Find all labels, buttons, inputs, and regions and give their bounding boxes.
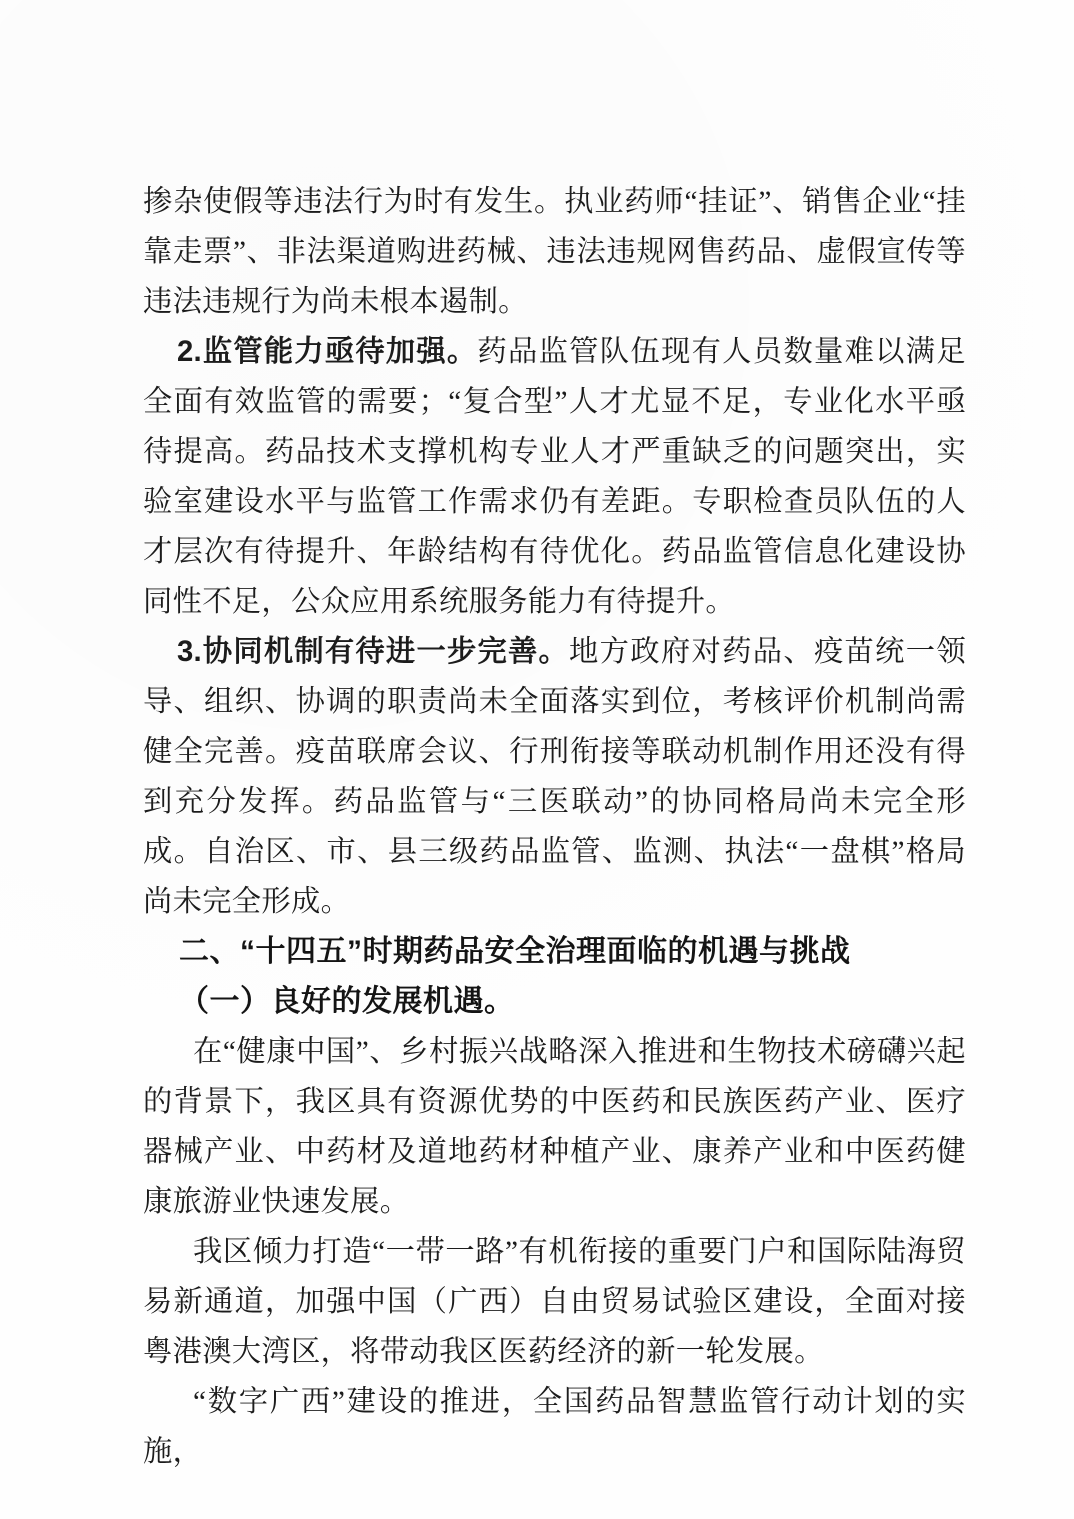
paragraph-text: 在“健康中国”、乡村振兴战略深入推进和生物技术磅礴兴起的背景下，我区具有资源优势…	[143, 1036, 966, 1218]
paragraph: 3.协同机制有待进一步完善。地方政府对药品、疫苗统一领导、组织、协调的职责尚未全…	[143, 627, 966, 927]
paragraph: 2.监管能力亟待加强。药品监管队伍现有人员数量难以满足全面有效监管的需要；“复合…	[143, 327, 966, 627]
paragraph: “数字广西”建设的推进，全国药品智慧监管行动计划的实施，	[143, 1377, 966, 1477]
page-number: 5	[0, 1347, 1074, 1371]
paragraph-text: 地方政府对药品、疫苗统一领导、组织、协调的职责尚未全面落实到位，考核评价机制尚需…	[143, 636, 966, 918]
paragraph: 掺杂使假等违法行为时有发生。执业药师“挂证”、销售企业“挂靠走票”、非法渠道购进…	[143, 177, 966, 327]
paragraph-lead: 2.监管能力亟待加强。	[177, 335, 477, 368]
paragraph-text: 药品监管队伍现有人员数量难以满足全面有效监管的需要；“复合型”人才尤显不足，专业…	[143, 336, 966, 618]
subsection-heading: （一）良好的发展机遇。	[143, 977, 966, 1027]
document-page: 掺杂使假等违法行为时有发生。执业药师“挂证”、销售企业“挂靠走票”、非法渠道购进…	[0, 0, 1074, 1519]
paragraph-text: “数字广西”建设的推进，全国药品智慧监管行动计划的实施，	[143, 1386, 966, 1468]
paragraph-lead: 3.协同机制有待进一步完善。	[177, 635, 569, 668]
paragraph-text: 掺杂使假等违法行为时有发生。执业药师“挂证”、销售企业“挂靠走票”、非法渠道购进…	[143, 186, 966, 318]
text-block: 掺杂使假等违法行为时有发生。执业药师“挂证”、销售企业“挂靠走票”、非法渠道购进…	[143, 177, 966, 1477]
section-heading: 二、“十四五”时期药品安全治理面临的机遇与挑战	[143, 927, 966, 977]
paragraph: 在“健康中国”、乡村振兴战略深入推进和生物技术磅礴兴起的背景下，我区具有资源优势…	[143, 1027, 966, 1227]
